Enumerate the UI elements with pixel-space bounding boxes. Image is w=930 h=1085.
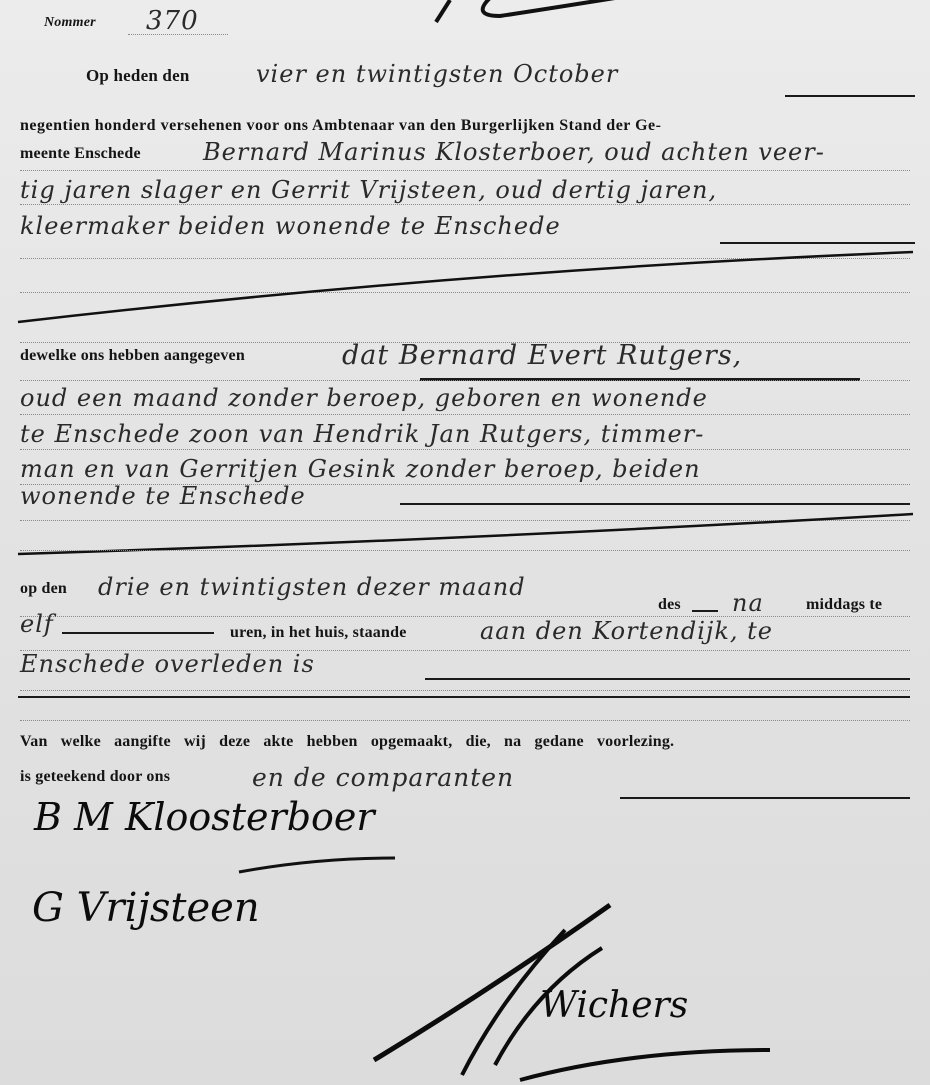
p4-line2-printed: is geteekend door ons bbox=[20, 768, 170, 786]
p1-closing-stroke bbox=[18, 250, 918, 330]
p1-line5-handwritten: kleermaker beiden wonende te Enschede bbox=[20, 212, 561, 240]
dotline bbox=[20, 414, 910, 415]
p2-line3-handwritten: te Enschede zoon van Hendrik Jan Rutgers… bbox=[20, 420, 704, 448]
p3-closing-rule bbox=[18, 696, 910, 698]
p2-line4-handwritten: man en van Gerritjen Gesink zonder beroe… bbox=[20, 455, 701, 483]
p3-line1-printed-a: op den bbox=[20, 580, 67, 598]
dotline bbox=[20, 550, 910, 551]
p1-line1-printed: Op heden den bbox=[86, 66, 190, 86]
p3-line1-printed-c: middags te bbox=[806, 596, 882, 614]
p3-address-handwritten: aan den Kortendijk, te bbox=[480, 617, 773, 645]
p3-hour-rule bbox=[62, 632, 214, 634]
p2-line2-handwritten: oud een maand zonder beroep, geboren en … bbox=[20, 384, 708, 412]
p3-line3-rule bbox=[425, 678, 910, 680]
p3-line1-printed-b: des bbox=[658, 596, 681, 614]
signature-registrar: Wichers bbox=[540, 985, 688, 1026]
dotline bbox=[20, 170, 910, 171]
p2-line5-rule bbox=[400, 503, 910, 505]
p2-line1-printed: dewelke ons hebben aangegeven bbox=[20, 347, 245, 365]
dotline bbox=[20, 204, 910, 205]
p4-line2-rule bbox=[620, 797, 910, 799]
signature-vrijsteen: G Vrijsteen bbox=[32, 885, 260, 931]
signature-kloosterboer: B M Kloosterboer bbox=[34, 795, 375, 839]
dotline bbox=[20, 720, 910, 721]
p2-closing-stroke bbox=[18, 510, 918, 560]
p1-declarants-handwritten: Bernard Marinus Klosterboer, oud achten … bbox=[203, 138, 825, 166]
p1-date-handwritten: vier en twintigsten October bbox=[256, 60, 618, 88]
p1-line1-rule bbox=[785, 95, 915, 97]
top-pen-stroke bbox=[430, 0, 630, 30]
p4-line1-printed: Van welke aangifte wij deze akte hebben … bbox=[20, 733, 674, 751]
dotline bbox=[20, 380, 910, 381]
p1-line5-rule bbox=[720, 242, 915, 244]
p1-line2-printed: negentien honderd versehenen voor ons Am… bbox=[20, 117, 661, 135]
p3-dash bbox=[692, 610, 718, 612]
p2-deceased-handwritten: dat Bernard Evert Rutgers, bbox=[342, 340, 742, 371]
dotline bbox=[20, 449, 910, 450]
p1-line4-handwritten: tig jaren slager en Gerrit Vrijsteen, ou… bbox=[20, 176, 717, 204]
p3-date-handwritten: drie en twintigsten dezer maand bbox=[98, 573, 526, 601]
p3-time-period-handwritten: na bbox=[732, 589, 764, 617]
p3-line2-printed: uren, in het huis, staande bbox=[230, 624, 407, 642]
p1-line3-printed: meente Enschede bbox=[20, 145, 141, 163]
p3-line3-handwritten: Enschede overleden is bbox=[20, 650, 315, 678]
number-label: Nommer bbox=[44, 15, 96, 31]
p3-hour-handwritten: elf bbox=[20, 610, 54, 638]
signature-kloosterboer-flourish bbox=[235, 850, 415, 880]
p4-signatories-handwritten: en de comparanten bbox=[252, 763, 514, 792]
dotline bbox=[20, 616, 910, 617]
p2-line5-handwritten: wonende te Enschede bbox=[20, 482, 306, 510]
dotline bbox=[20, 690, 910, 691]
number-value: 370 bbox=[146, 6, 199, 36]
document-page: Nommer 370 Op heden den vier en twintigs… bbox=[0, 0, 930, 1085]
